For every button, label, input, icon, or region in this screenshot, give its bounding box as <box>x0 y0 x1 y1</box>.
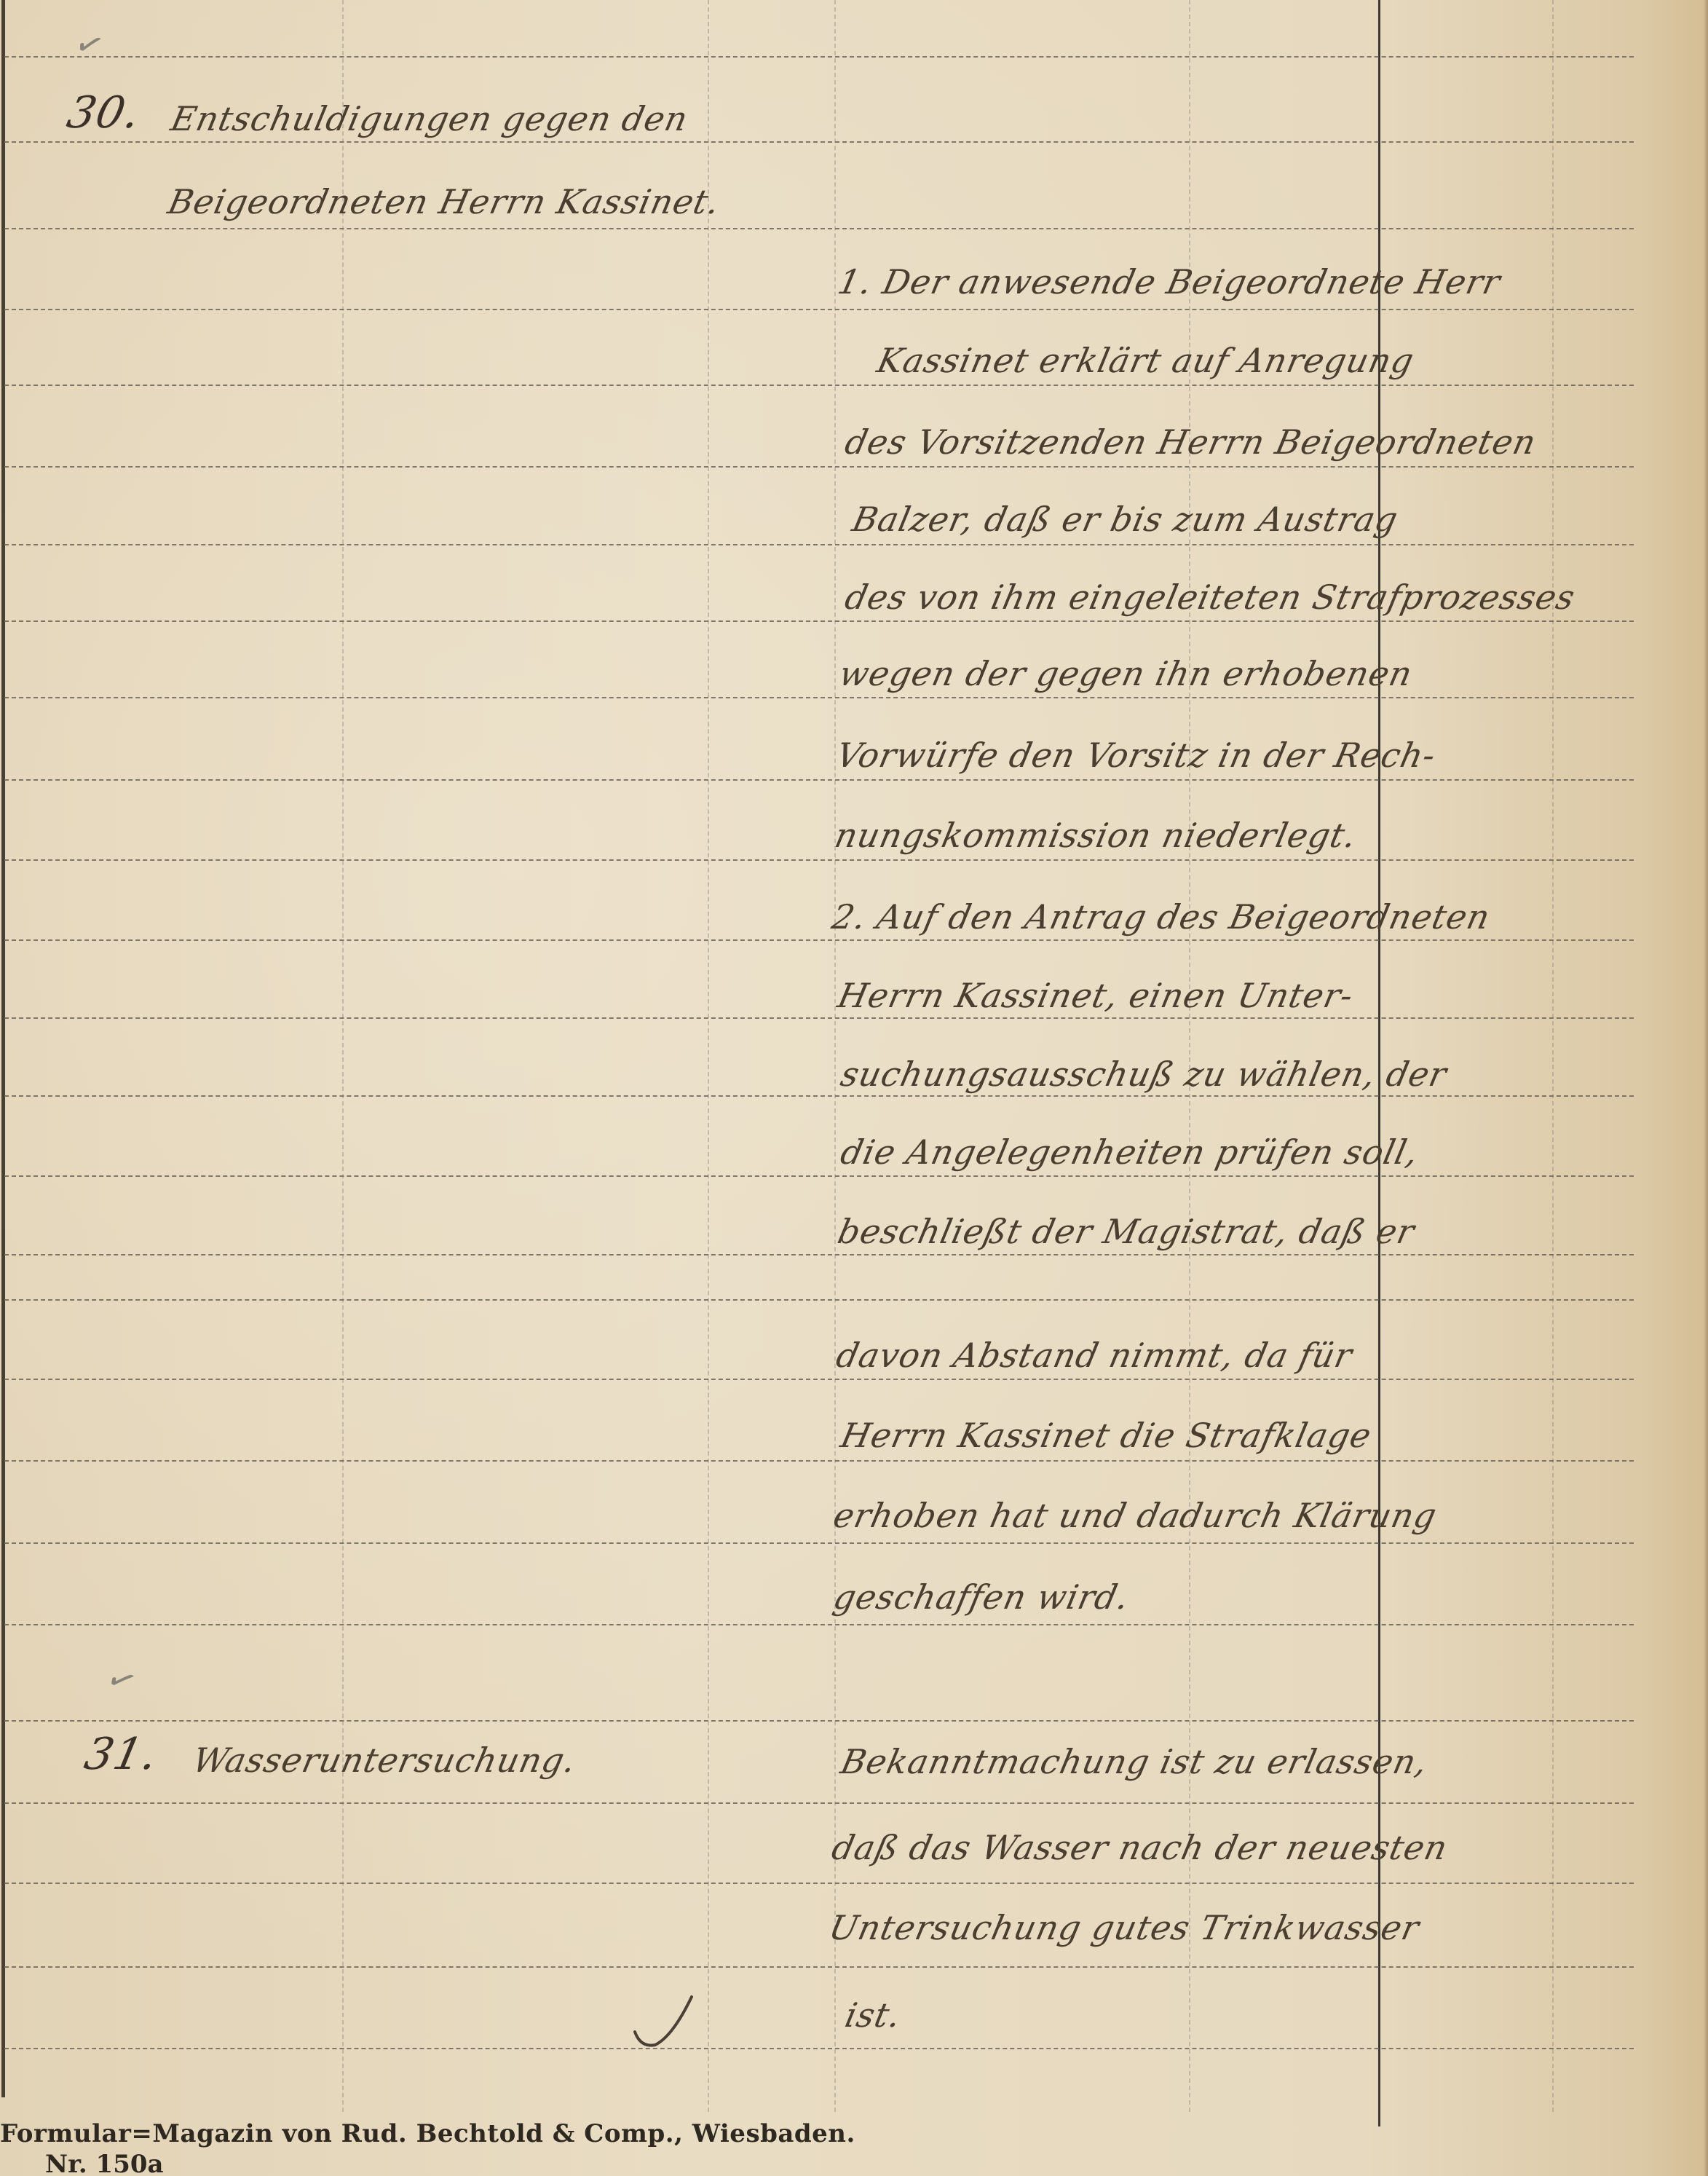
ruled-line <box>4 1460 1634 1462</box>
resolution-line: Untersuchung gutes Trinkwasser <box>826 1908 1423 1947</box>
resolution-line: ist. <box>842 1995 905 2035</box>
page-left-border <box>1 0 5 2097</box>
column-guide <box>342 0 344 2112</box>
ruled-line <box>4 466 1634 468</box>
ruled-line <box>4 1379 1634 1380</box>
resolution-line: die Angelegenheiten prüfen soll, <box>837 1132 1423 1172</box>
resolution-line: Vorwürfe den Vorsitz in der Rech- <box>833 736 1439 775</box>
item-title-line: Entschuldigungen gegen den <box>167 99 692 138</box>
pencil-check-icon: ✓ <box>70 21 110 68</box>
resolution-line: Kassinet erklärt auf Anregung <box>874 341 1418 380</box>
ruled-line <box>4 385 1634 386</box>
item-number: 31. <box>80 1729 162 1780</box>
resolution-line: beschließt der Magistrat, daß er <box>834 1212 1418 1251</box>
resolution-line: daß das Wasser nach der neuesten <box>829 1828 1452 1867</box>
resolution-line: Herrn Kassinet, einen Unter- <box>834 976 1357 1015</box>
resolution-line: suchungsausschuß zu wählen, der <box>837 1055 1450 1094</box>
resolution-line: geschaffen wird. <box>830 1577 1133 1617</box>
publisher-imprint: Formular=Magazin von Rud. Bechtold & Com… <box>0 2119 855 2148</box>
pencil-check-icon: ✓ <box>100 1656 143 1704</box>
ruled-line <box>4 1299 1634 1301</box>
resolution-line: 2. Auf den Antrag des Beigeordneten <box>829 897 1494 937</box>
ruled-line <box>4 1017 1634 1019</box>
ruled-line <box>4 1254 1634 1255</box>
ruled-line <box>4 141 1634 143</box>
column-guide <box>1552 0 1554 2112</box>
ruled-line <box>4 1720 1634 1722</box>
resolution-line: des Vorsitzenden Herrn Beigeordneten <box>842 422 1540 462</box>
ruled-line <box>4 779 1634 781</box>
item-number: 30. <box>63 87 145 138</box>
resolution-line: Herrn Kassinet die Strafklage <box>837 1416 1375 1455</box>
resolution-line: Balzer, daß er bis zum Austrag <box>849 500 1401 539</box>
ruled-line <box>4 2048 1634 2049</box>
ruled-line <box>4 939 1634 941</box>
resolution-line: nungskommission niederlegt. <box>831 816 1361 855</box>
ruled-line <box>4 228 1634 229</box>
item-title-line: Wasseruntersuchung. <box>189 1741 580 1780</box>
page-right-edge-shadow <box>1704 0 1708 2176</box>
ruled-line <box>4 859 1634 861</box>
resolution-line: des von ihm eingeleiteten Strafprozesses <box>842 577 1578 617</box>
ruled-line <box>4 1883 1634 1884</box>
resolution-line: wegen der gegen ihn erhobenen <box>836 654 1416 693</box>
resolution-line: 1. Der anwesende Beigeordnete Herr <box>834 262 1504 301</box>
ruled-line <box>4 1542 1634 1544</box>
ruled-line <box>4 1095 1634 1097</box>
ruled-line <box>4 697 1634 698</box>
ruled-line <box>4 544 1634 545</box>
check-mark-icon <box>630 1990 696 2055</box>
ruled-line <box>4 1175 1634 1177</box>
ruled-line <box>4 1624 1634 1625</box>
item-title-line: Beigeordneten Herrn Kassinet. <box>165 182 724 221</box>
register-page: ✓ ✓ 30. Entschuldigungen gegen den Beige… <box>0 0 1708 2176</box>
form-number: Nr. 150a <box>45 2150 164 2176</box>
ruled-line <box>4 1966 1634 1968</box>
ruled-line <box>4 56 1634 58</box>
column-guide <box>834 0 836 2112</box>
column-guide <box>708 0 709 2112</box>
resolution-line: erhoben hat und dadurch Klärung <box>830 1496 1441 1535</box>
ruled-line <box>4 620 1634 622</box>
resolution-line: Bekanntmachung ist zu erlassen, <box>837 1742 1431 1781</box>
ruled-line <box>4 309 1634 310</box>
resolution-line: davon Abstand nimmt, da für <box>833 1336 1356 1375</box>
ruled-line <box>4 1802 1634 1804</box>
